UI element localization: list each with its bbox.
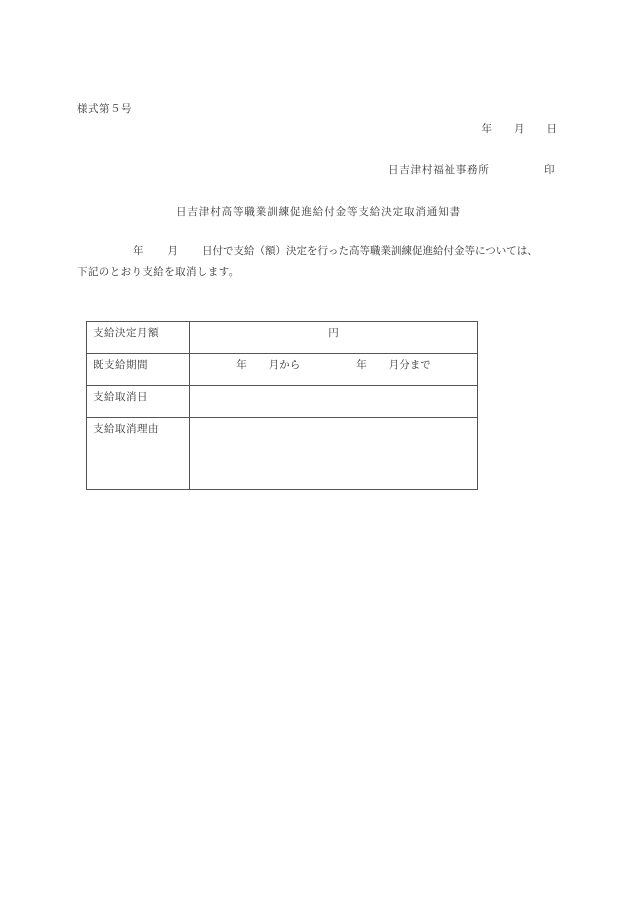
cancellation-details-table: 支給決定月額 円 既支給期間 年月から年月分まで 支給取消日 支給取消理由 [86,321,478,490]
table-row-cancel-date: 支給取消日 [87,386,478,418]
value-cancel-reason [190,418,478,490]
period-to-month: 月分まで [389,358,431,372]
table-row-paid-period: 既支給期間 年月から年月分まで [87,354,478,386]
label-cancel-date: 支給取消日 [87,386,190,418]
date-month-label: 月 [514,122,525,136]
label-monthly-amount: 支給決定月額 [87,322,190,354]
document-title: 日吉津村高等職業訓練促進給付金等支給決定取消通知書 [176,205,461,219]
form-number: 様式第５号 [77,102,132,116]
label-cancel-reason: 支給取消理由 [87,418,190,490]
issue-date: 年月日 [482,122,558,136]
body-year-label: 年 [133,245,144,257]
body-month-label: 月 [168,245,179,257]
table-row-cancel-reason: 支給取消理由 [87,418,478,490]
period-from-month: 月から [269,358,301,372]
value-monthly-amount: 円 [190,322,478,354]
body-text-rest: 日付で支給（額）決定を行った高等職業訓練促進給付金等については、 [202,245,538,257]
issuer-name: 日吉津村福祉事務所 [388,163,490,177]
value-paid-period: 年月から年月分まで [190,354,478,386]
seal-mark: 印 [544,163,555,177]
body-text-line-1: 年月日付で支給（額）決定を行った高等職業訓練促進給付金等については、 [77,244,538,258]
body-text-line-2: 下記のとおり支給を取消します。 [77,265,240,279]
table-row-monthly-amount: 支給決定月額 円 [87,322,478,354]
period-to-year: 年 [356,358,367,372]
label-paid-period: 既支給期間 [87,354,190,386]
period-from-year: 年 [236,358,247,372]
value-cancel-date [190,386,478,418]
date-day-label: 日 [547,122,558,136]
date-year-label: 年 [482,122,493,136]
